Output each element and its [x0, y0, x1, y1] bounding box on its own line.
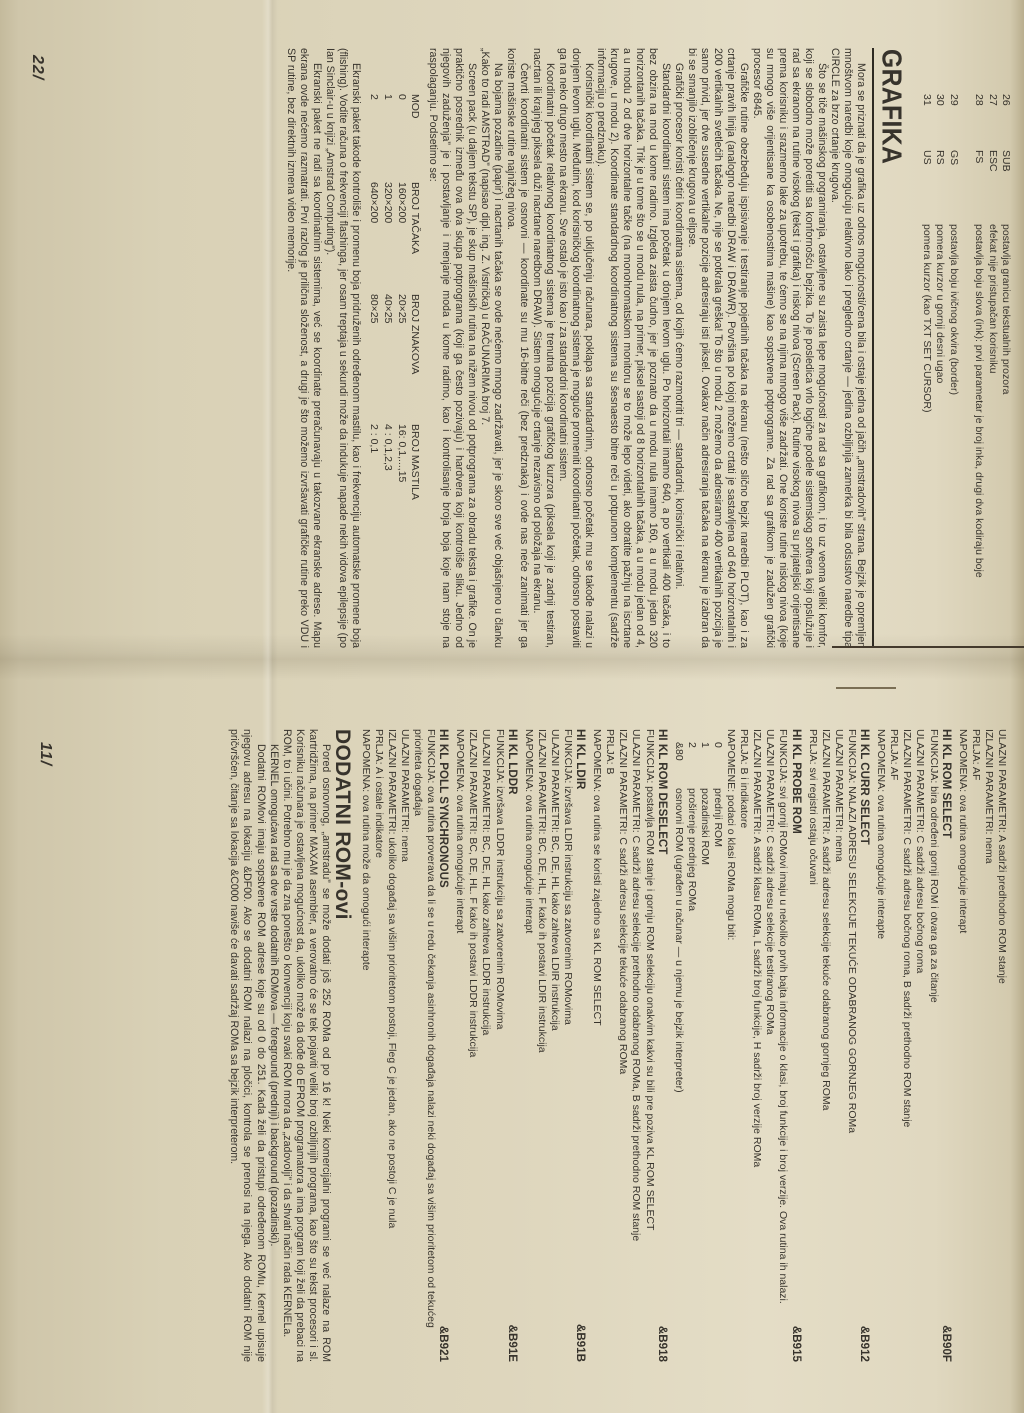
routine-line: FUNKCIJA: svi gornji ROMovi imaju u neko… — [776, 729, 789, 1362]
routine-line: ULAZNI PARAMETRI: BC, DE, HL kako zahtev… — [548, 729, 561, 1362]
list-item: &80 osnovni ROM (ugrađen u računar — u n… — [672, 729, 685, 1362]
paragraph: Pored osnovnog, „amstradu” se može dodat… — [280, 729, 333, 1362]
table-row: 28 FS postavlja boju slova (ink): prvi p… — [972, 94, 985, 648]
paragraph: Dodatni ROMovi imaju sopstvene ROM adres… — [227, 729, 266, 1362]
code-abbr: SUB — [999, 150, 1012, 224]
routine-line: FUNKCIJA: bira određeni gornji ROM i otv… — [926, 729, 939, 1362]
routine-line: IZLAZNI PARAMETRI: BC, DE, HL, F kako ih… — [535, 729, 548, 1362]
routine-address: &B918 — [656, 1326, 669, 1362]
table-row: 30 RS pomera kurzor u gornji desni ugao — [933, 94, 946, 648]
routine-line: ULAZNI PARAMETRI: C sadrži adresu selekc… — [763, 729, 776, 1362]
code-number: 31 — [920, 94, 933, 150]
page-edge-line — [832, 646, 1024, 648]
routine-address: &B91E — [506, 1325, 519, 1362]
routine-address: &B90F — [940, 1325, 953, 1362]
table-cell: 160×200 — [394, 182, 408, 294]
table-cell: 2 — [367, 94, 381, 182]
code-number: 28 — [972, 94, 985, 150]
routine-line: NAPOMENA: ova rutina omogućuje interapt — [522, 729, 535, 1362]
routine-line: IZLAZNI PARAMETRI: nema — [982, 729, 995, 1362]
paragraph: Ekranski paket takode kontroliše i prome… — [323, 48, 362, 648]
table-cell: 80×25 — [367, 294, 381, 424]
routine-line: ULAZNI PARAMETRI: nema — [398, 729, 411, 1362]
table-row: 29 GS postavlja boju ivičnog okvira (bor… — [946, 94, 959, 648]
paragraph: Na bojama pozadine (papir) i nacrtanih t… — [478, 48, 504, 648]
rom-section: HI KL LDDR &B91E FUNKCIJA: izvršava LDDR… — [453, 729, 518, 1362]
list-term: &80 — [672, 729, 685, 788]
routine-line: PRLJA: A i ostale indikatore — [372, 729, 385, 1362]
routine-line: FUNKCIJA: ova rutina proverava da li se … — [411, 729, 437, 1362]
routine-line: NAPOMENA: ova rutina se koristi zajedno … — [590, 729, 603, 1362]
routine-line: IZLAZNI PARAMETRI: A sadrži klasu ROMa, … — [750, 729, 763, 1362]
list-term: 1 — [698, 729, 711, 788]
control-codes-table: 26 SUB postavlja granicu tekstualnih pro… — [920, 48, 1012, 648]
routine-name: HI KL LDDR — [506, 729, 519, 794]
rom-section: HI KL POLL SYNCHRONOUS &B921 FUNKCIJA: o… — [359, 729, 451, 1362]
routine-line: IZLAZNI PARAMETRI: C sadrži adresu bočno… — [900, 729, 913, 1362]
table-row: 27 ESC efekat nije pristupačan korisniku — [985, 94, 998, 648]
routine-line: ULAZNI PARAMETRI: C sadrži adresu bočnog… — [913, 729, 926, 1362]
table-row: 31 US pomera kurzor (kao TXT SET CURSOR) — [920, 94, 933, 648]
list-desc: proširenje prednjeg ROMa — [685, 788, 698, 911]
paragraph: Mora se priznati da je grafika uz odnos … — [828, 48, 867, 648]
table-row: 26 SUB postavlja granicu tekstualnih pro… — [999, 94, 1012, 648]
routine-line: ULAZNI PARAMETRI: A sadrži predhodno ROM… — [995, 729, 1008, 1362]
routine-address: &B91B — [574, 1324, 587, 1362]
routine-line: PRLJA: B i indikatore — [737, 729, 750, 1362]
paragraph: Što se tiče mašinskog programiranja, ost… — [750, 48, 828, 648]
code-number: 30 — [933, 94, 946, 150]
code-desc: postavlja boju slova (ink): prvi paramet… — [972, 224, 985, 586]
routine-line: ULAZNI PARAMETRI: BC, DE, HL kako zahtev… — [479, 729, 492, 1362]
routine-line: PRLJA: svi registri ostaju očuvani — [806, 729, 819, 1362]
column-header: BROJ TAČAKA — [408, 182, 422, 294]
paragraph: Četvrti koordinatni sistem je osnovni — … — [504, 48, 530, 648]
paragraph: Grafičke rutine obezbeđuju ispisivanje i… — [685, 48, 750, 648]
rom-section: HI KL ROM DESELECT &B918 FUNKCIJA: posta… — [590, 729, 669, 1362]
table-cell: 0 — [394, 94, 408, 182]
page-number-left: 22/ — [28, 55, 46, 80]
table-cell: 2 : 0,1 — [367, 424, 381, 648]
page-rom-routines: ULAZNI PARAMETRI: A sadrži predhodno ROM… — [8, 729, 1008, 1362]
routine-line: IZLAZNI PARAMETRI: A sadrži adresu selek… — [819, 729, 832, 1362]
table-cell: 40×25 — [380, 294, 394, 424]
list-desc: osnovni ROM (ugrađen u računar — u njemu… — [672, 788, 685, 1093]
page-gutter-shadow — [0, 634, 1024, 680]
paragraph: Koordinatni početak relativnog koordinat… — [530, 48, 556, 648]
routine-line: NAPOMENE: podaci o klasi ROMa mogu biti: — [724, 729, 737, 1362]
scanned-magazine-spread: 26 SUB postavlja granicu tekstualnih pro… — [0, 0, 1024, 1413]
section-title-dodatni-romovi: DODATNI ROM-ovi — [336, 729, 349, 1362]
page-number-right: 11/ — [39, 742, 52, 766]
paragraph: Standardni koordinatni sistem ima početa… — [595, 48, 673, 648]
rom-section-heading: HI KL POLL SYNCHRONOUS &B921 — [437, 729, 450, 1362]
code-abbr: GS — [946, 150, 959, 224]
rom-section: HI KL LDIR &B91B FUNKCIJA: izvršava LDIR… — [522, 729, 587, 1362]
routine-name: HI KL ROM SELECT — [940, 729, 953, 838]
routine-line: FUNKCIJA: izvršava LDDR instrukciju sa z… — [492, 729, 505, 1362]
routine-address: &B921 — [437, 1326, 450, 1362]
rom-section: HI KL CURR SELECT &B912 FUNKCIJA: NALAZI… — [806, 729, 871, 1362]
code-desc: postavlja boju ivičnog okvira (border) — [946, 224, 959, 586]
routine-line: NAPOMENA: ova rutina omogućuje interapt — [956, 729, 969, 1362]
rom-section-heading: HI KL PROBE ROM &B915 — [790, 729, 803, 1362]
routine-line: NAPOMENA: ova rutina može da omogući int… — [359, 729, 372, 1362]
rom-section-heading: HI KL ROM DESELECT &B918 — [656, 729, 669, 1362]
table-cell: 4 : 0,1,2,3 — [380, 424, 394, 648]
routine-line: FUNKCIJA: postavlja ROM stanje i gornju … — [642, 729, 655, 1362]
rom-section-heading: HI KL ROM SELECT &B90F — [940, 729, 953, 1362]
routine-line: PRLJA: B — [603, 729, 616, 1362]
routine-line: IZLAZNI PARAMETRI: C sadrži adresu selek… — [616, 729, 629, 1362]
code-number: 29 — [946, 94, 959, 150]
column-header: MOD — [408, 94, 422, 182]
list-term: 0 — [711, 729, 724, 788]
table-cell: 320×200 — [380, 182, 394, 294]
list-desc: pozadinski ROM — [698, 788, 711, 865]
routine-name: HI KL CURR SELECT — [858, 729, 871, 845]
code-abbr: FS — [972, 150, 985, 224]
table-cell: 20×25 — [394, 294, 408, 424]
code-desc: pomera kurzor (kao TXT SET CURSOR) — [920, 224, 933, 586]
code-number: 27 — [985, 94, 998, 150]
page-edge-line-2 — [836, 687, 896, 689]
page-grafika: 26 SUB postavlja granicu tekstualnih pro… — [6, 48, 1012, 648]
rom-section-heading: HI KL CURR SELECT &B912 — [858, 729, 871, 1362]
routine-line: PRLJA: AF — [887, 729, 900, 1362]
routine-name: HI KL PROBE ROM — [790, 729, 803, 834]
list-term: 2 — [685, 729, 698, 788]
screen-mode-table: MOD BROJ TAČAKA BROJ ZNAKOVA BROJ MASTIL… — [367, 48, 421, 648]
paragraph: Grafički procesor koristi četiri koordin… — [672, 48, 685, 648]
paragraph: KERNEL omogućava rad sa dve vrste dodatn… — [267, 729, 280, 1362]
routine-line: FUNKCIJA: izvršava LDIR instrukciju sa z… — [561, 729, 574, 1362]
routine-name: HI KL POLL SYNCHRONOUS — [437, 729, 450, 888]
article-title: GRAFIKA — [874, 49, 907, 618]
routine-line: ULAZNI PARAMETRI: nema — [832, 729, 845, 1362]
code-desc: efekat nije pristupačan korisniku — [985, 224, 998, 586]
rom-class-list: 0 prednji ROM 1 pozadinski ROM 2 prošire… — [672, 729, 724, 1362]
column-header: BROJ MASTILA — [408, 424, 422, 648]
code-desc: postavlja granicu tekstualnih prozora — [999, 224, 1012, 586]
paragraph: Screen pack (u daljem tekstu SP), je sku… — [426, 48, 478, 648]
routine-line: ULAZNI PARAMETRI: C sadrži adresu selekc… — [629, 729, 642, 1362]
table-cell: 1 — [380, 94, 394, 182]
routine-line: NAPOMENA: ova rutina omogućuje interapte — [874, 729, 887, 1362]
list-item: 1 pozadinski ROM — [698, 729, 711, 1362]
list-item: 0 prednji ROM — [711, 729, 724, 1362]
routine-line: PRLJA: AF — [969, 729, 982, 1362]
rom-section: ULAZNI PARAMETRI: A sadrži predhodno ROM… — [956, 729, 1008, 1362]
rom-section-heading: HI KL LDIR &B91B — [574, 729, 587, 1362]
routine-line: IZLAZNI PARAMETRI: BC, DE, HL. F kako ih… — [466, 729, 479, 1362]
list-desc: prednji ROM — [711, 788, 724, 847]
paragraph: Ekranski paket ne radi sa koordinatnim s… — [284, 48, 323, 648]
rom-section: HI KL PROBE ROM &B915 FUNKCIJA: svi gorn… — [672, 729, 803, 1362]
routine-line: NAPOMENA: ova rutina omogućuje interapt — [453, 729, 466, 1362]
paragraph: Korisnički koordinatni sistem se, po ukl… — [556, 48, 595, 648]
routine-name: HI KL LDIR — [574, 729, 587, 789]
table-cell: 16: 0,1,...,15 — [394, 424, 408, 648]
code-desc: pomera kurzor u gornji desni ugao — [933, 224, 946, 586]
rom-section: HI KL ROM SELECT &B90F FUNKCIJA: bira od… — [874, 729, 953, 1362]
routine-name: HI KL ROM DESELECT — [656, 729, 669, 854]
routine-address: &B915 — [790, 1326, 803, 1362]
code-number: 26 — [999, 94, 1012, 150]
code-abbr: ESC — [985, 150, 998, 224]
column-header: BROJ ZNAKOVA — [408, 294, 422, 424]
routine-line: IZLAZNI PARAMETRI: ukoliko događaj sa vi… — [385, 729, 398, 1362]
code-abbr: RS — [933, 150, 946, 224]
article-body: Mora se priznati da je grafika uz odnos … — [284, 48, 867, 648]
code-abbr: US — [920, 150, 933, 224]
dodatni-body: Pored osnovnog, „amstradu” se može dodat… — [227, 729, 332, 1362]
rotated-page-spread: 26 SUB postavlja granicu tekstualnih pro… — [0, 0, 1024, 1413]
routine-line: FUNKCIJA: NALAZI ADRESU SELEKCIJE TEKUĆE… — [845, 729, 858, 1362]
table-cell: 640×200 — [367, 182, 381, 294]
section-divider-rule — [872, 48, 874, 648]
list-item: 2 proširenje prednjeg ROMa — [685, 729, 698, 1362]
routine-address: &B912 — [858, 1326, 871, 1362]
rom-section-heading: HI KL LDDR &B91E — [506, 729, 519, 1362]
